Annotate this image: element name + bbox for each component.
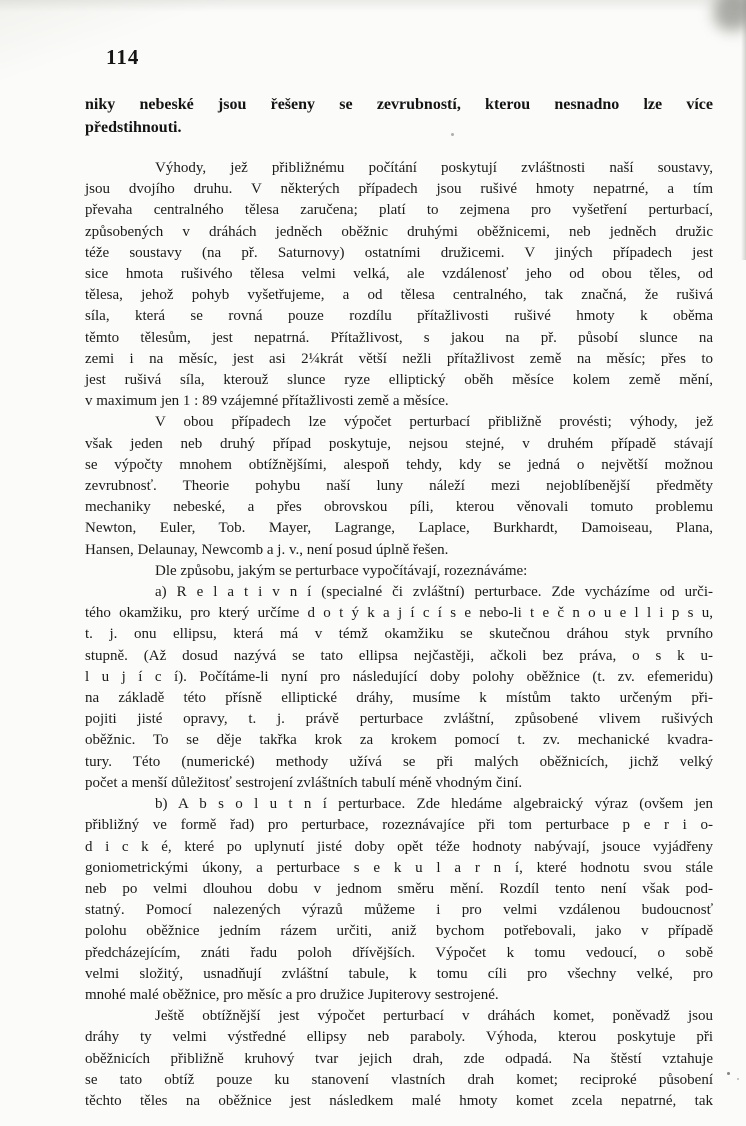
scan-speck xyxy=(737,1078,739,1080)
text-line: předcházejícím, znáti řadu poloh dřívějš… xyxy=(85,943,713,964)
text-line: goniometrickými úkony, a perturbace s e … xyxy=(85,858,713,879)
text-line: mechaniky nebeské, a přes obrovskou píli… xyxy=(85,497,713,518)
text-line: však jeden neb druhý případ poskytuje, n… xyxy=(85,434,713,455)
text-line: téže soustavy (na př. Saturnovy) ostatní… xyxy=(85,243,713,264)
scan-speck xyxy=(451,133,454,136)
text-line: se tato obtíž pouze ku stanovení vlastní… xyxy=(85,1070,713,1091)
text-line: mnohé malé oběžnice, pro měsíc a pro dru… xyxy=(85,985,713,1006)
paragraph: niky nebeské jsou řešeny se zevrubností,… xyxy=(85,93,713,139)
text-line: b) A b s o l u t n í perturbace. Zde hle… xyxy=(85,794,713,815)
text-line: niky nebeské jsou řešeny se zevrubností,… xyxy=(85,93,713,116)
text-line: stupně. (Až dosud nazývá se tato ellipsa… xyxy=(85,646,713,667)
text-line: zemi i na měsíc, jest asi 2¼krát větší n… xyxy=(85,349,713,370)
text-line: převaha centralného tělesa zaručena; pla… xyxy=(85,200,713,221)
paragraph: Výhody, jež přibližnému počítání poskytu… xyxy=(85,158,713,412)
scan-right-edge-shadow xyxy=(741,0,746,260)
text-line: polohu oběžnice jedním rázem určiti, ani… xyxy=(85,921,713,942)
text-line: síla, která se rovná pouze rozdílu příta… xyxy=(85,306,713,327)
text-line: Hansen, Delaunay, Newcomb a j. v., není … xyxy=(85,540,713,561)
text-line: způsobených v dráhách jedněch oběžnic dr… xyxy=(85,222,713,243)
text-line: l u j í c í). Počítáme-li nyní pro násle… xyxy=(85,667,713,688)
text-line: neb po velmi dlouhou dobu v jednom směru… xyxy=(85,879,713,900)
text-line: pojiti jisté opravy, t. j. právě perturb… xyxy=(85,709,713,730)
text-line: velmi složitý, usnadňují zvláštní tabule… xyxy=(85,964,713,985)
text-line: a) R e l a t i v n í (specialné či zvláš… xyxy=(85,582,713,603)
text-line: jest rušivá síla, kterouž slunce ryze el… xyxy=(85,370,713,391)
paragraph: a) R e l a t i v n í (specialné či zvláš… xyxy=(85,582,713,794)
text-line: tury. Této (numerické) methody užívá se … xyxy=(85,752,713,773)
text-line: oběžnicích přibližně kruhový tvar jejich… xyxy=(85,1049,713,1070)
paragraph: b) A b s o l u t n í perturbace. Zde hle… xyxy=(85,794,713,1006)
text-line: Dle způsobu, jakým se perturbace vypočít… xyxy=(85,561,713,582)
scan-speck xyxy=(727,1072,730,1075)
text-line: V obou případech lze výpočet perturbací … xyxy=(85,412,713,433)
text-line: Výhody, jež přibližnému počítání poskytu… xyxy=(85,158,713,179)
scan-top-edge-shadow xyxy=(0,0,746,12)
text-line: dráhy ty velmi výstředné ellipsy neb par… xyxy=(85,1027,713,1048)
text-line: na základě této přísně elliptické dráhy,… xyxy=(85,688,713,709)
text-block: niky nebeské jsou řešeny se zevrubností,… xyxy=(85,93,713,1112)
text-line: oběžnic. To se děje takřka krok za kroke… xyxy=(85,730,713,751)
text-line: statný. Pomocí nalezených výrazů můžeme … xyxy=(85,900,713,921)
paragraph: V obou případech lze výpočet perturbací … xyxy=(85,412,713,560)
text-line: těmto tělesům, jest nepatrná. Přítažlivo… xyxy=(85,328,713,349)
text-line: zevrubnosť. Theorie pohybu naší luny nál… xyxy=(85,476,713,497)
paragraph: Dle způsobu, jakým se perturbace vypočít… xyxy=(85,561,713,582)
text-line: předstihnouti. xyxy=(85,116,713,139)
text-line: t. j. onu ellipsu, která má v témž okamž… xyxy=(85,624,713,645)
text-line: Newton, Euler, Tob. Mayer, Lagrange, Lap… xyxy=(85,518,713,539)
text-line: přibližný ve formě řad) pro perturbace, … xyxy=(85,815,713,836)
text-line: těchto těles na oběžnice jest následkem … xyxy=(85,1091,713,1112)
text-line: počet a menší důležitosť sestrojení zvlá… xyxy=(85,773,713,794)
text-line: se výpočty mnohem obtížnějšími, alespoň … xyxy=(85,455,713,476)
text-line: Ještě obtížnější jest výpočet perturbací… xyxy=(85,1006,713,1027)
text-line: jsou dvojího druhu. V některých případec… xyxy=(85,179,713,200)
text-line: d i c k é, které po uplynutí jisté doby … xyxy=(85,837,713,858)
text-line: tělesa, jehož pohyb vyšetřujeme, a od tě… xyxy=(85,285,713,306)
text-line: sice hmota rušivého tělesa velmi velká, … xyxy=(85,264,713,285)
text-line: v maximum jen 1 : 89 vzájemné přítažlivo… xyxy=(85,391,713,412)
page-number: 114 xyxy=(106,45,139,70)
text-line: tého okamžiku, pro který určíme d o t ý … xyxy=(85,603,713,624)
paragraph: Ještě obtížnější jest výpočet perturbací… xyxy=(85,1006,713,1112)
book-page: 114 niky nebeské jsou řešeny se zevrubno… xyxy=(0,0,746,1126)
